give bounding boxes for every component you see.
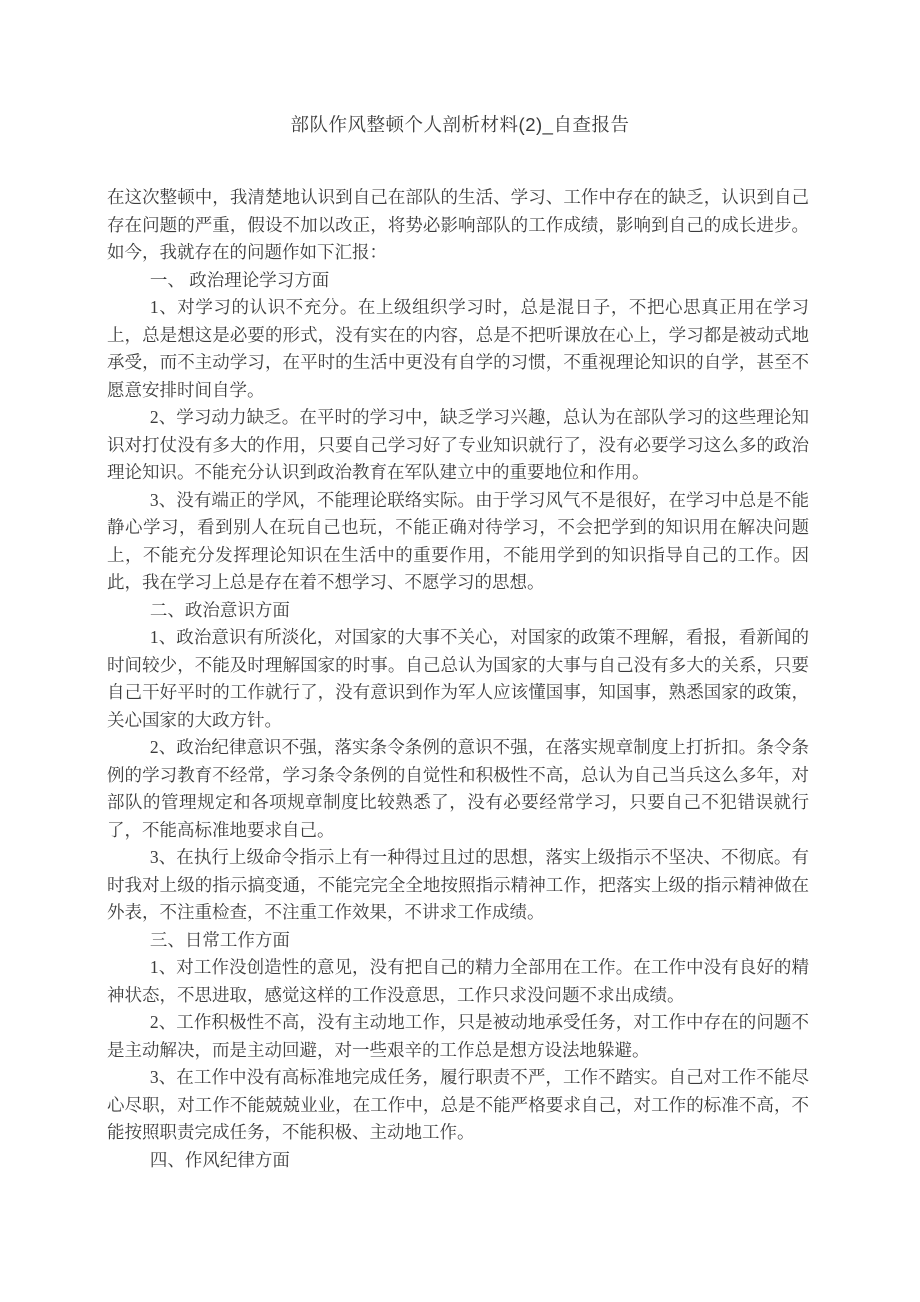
paragraph: 2、学习动力缺乏。在平时的学习中，缺乏学习兴趣，总认为在部队学习的这些理论知识对… <box>107 404 809 487</box>
section-heading: 一、 政治理论学习方面 <box>107 267 809 295</box>
paragraph: 3、在执行上级命令指示上有一种得过且过的思想，落实上级指示不坚决、不彻底。有时我… <box>107 844 809 927</box>
document-title: 部队作风整顿个人剖析材料(2)_自查报告 <box>0 0 920 138</box>
paragraph: 2、政治纪律意识不强，落实条令条例的意识不强，在落实规章制度上打折扣。条令条例的… <box>107 734 809 844</box>
paragraph: 1、对学习的认识不充分。在上级组织学习时，总是混日子，不把心思真正用在学习上，总… <box>107 294 809 404</box>
paragraph: 1、政治意识有所淡化，对国家的大事不关心，对国家的政策不理解，看报，看新闻的时间… <box>107 624 809 734</box>
paragraph: 3、在工作中没有高标准地完成任务，履行职责不严，工作不踏实。自己对工作不能尽心尽… <box>107 1064 809 1147</box>
paragraph: 1、对工作没创造性的意见，没有把自己的精力全部用在工作。在工作中没有良好的精神状… <box>107 954 809 1009</box>
paragraph: 在这次整顿中，我清楚地认识到自己在部队的生活、学习、工作中存在的缺乏，认识到自己… <box>107 184 809 267</box>
paragraph: 2、工作积极性不高，没有主动地工作，只是被动地承受任务，对工作中存在的问题不是主… <box>107 1009 809 1064</box>
document-body: 在这次整顿中，我清楚地认识到自己在部队的生活、学习、工作中存在的缺乏，认识到自己… <box>107 184 809 1174</box>
section-heading: 四、作风纪律方面 <box>107 1147 809 1175</box>
document-page: 部队作风整顿个人剖析材料(2)_自查报告 在这次整顿中，我清楚地认识到自己在部队… <box>0 0 920 1302</box>
section-heading: 三、日常工作方面 <box>107 927 809 955</box>
section-heading: 二、政治意识方面 <box>107 597 809 625</box>
paragraph: 3、没有端正的学风，不能理论联络实际。由于学习风气不是很好，在学习中总是不能静心… <box>107 487 809 597</box>
